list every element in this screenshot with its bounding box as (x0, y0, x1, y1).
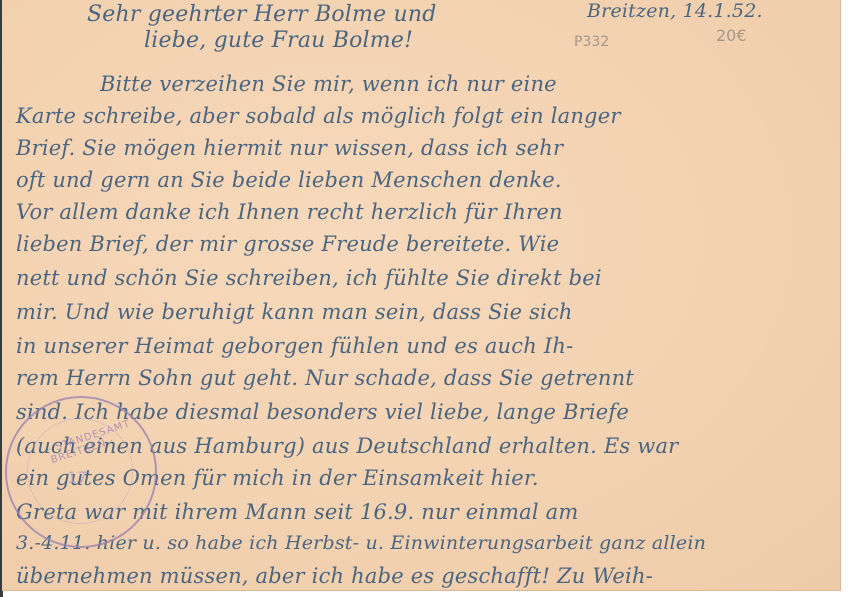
body-line: oft und gern an Sie beide lieben Mensche… (16, 168, 562, 192)
body-line: Bitte verzeihen Sie mir, wenn ich nur ei… (100, 72, 557, 96)
body-line: Vor allem danke ich Ihnen recht herzlich… (16, 200, 563, 224)
place-date: Breitzen, 14.1.52. (587, 0, 763, 22)
pencil-price: 20€ (716, 26, 747, 45)
pencil-reference: P332 (574, 34, 609, 50)
salutation-line-1: Sehr geehrter Herr Bolme und (87, 2, 437, 27)
body-line: in unserer Heimat geborgen fühlen und es… (16, 334, 573, 358)
body-line: lieben Brief, der mir grosse Freude bere… (16, 232, 559, 256)
body-line: Karte schreibe, aber sobald als möglich … (16, 104, 621, 128)
body-line: nett und schön Sie schreiben, ich fühlte… (16, 266, 602, 290)
stamp-number: 17 (67, 468, 87, 487)
body-line: übernehmen müssen, aber ich habe es gesc… (16, 564, 653, 588)
postcard: Sehr geehrter Herr Bolme und liebe, gute… (2, 0, 841, 591)
body-line: rem Herrn Sohn gut geht. Nur schade, das… (16, 366, 634, 390)
salutation-line-2: liebe, gute Frau Bolme! (144, 28, 413, 53)
body-line: Brief. Sie mögen hiermit nur wissen, das… (16, 136, 563, 160)
body-line: mir. Und wie beruhigt kann man sein, das… (16, 300, 573, 324)
official-stamp: · STANDESAMT · BREITZEN · 17 (5, 396, 157, 548)
